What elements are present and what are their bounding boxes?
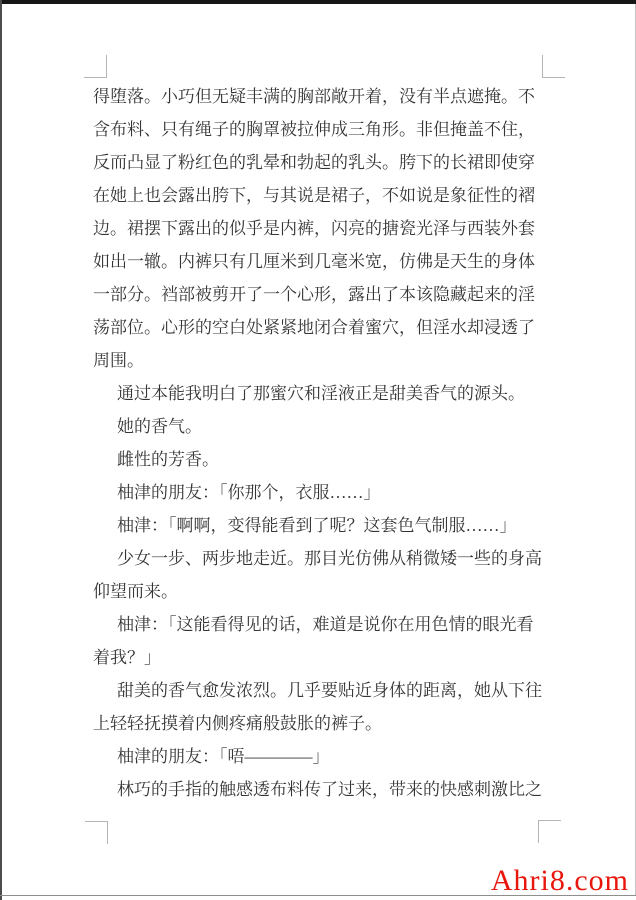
body-text: 得堕落。小巧但无疑丰满的胸部敞开着，没有半点遮掩。不含布料、只有绳子的胸罩被拉伸… [93,80,541,806]
text-line: 仰望而来。 [93,575,541,608]
text-line: 甜美的香气愈发浓烈。几乎要贴近身体的距离，她从下往 [93,674,541,707]
watermark: Ahri8.com [491,866,629,896]
text-line: 上轻轻抚摸着内侧疼痛般鼓胀的裤子。 [93,707,541,740]
text-line: 荡部位。心形的空白处紧紧地闭合着蜜穴，但淫水却浸透了 [93,311,541,344]
crop-mark-bottom-right-icon [538,820,561,843]
text-line: 她的香气。 [93,410,541,443]
text-line: 如出一辙。内裤只有几厘米到几毫米宽，仿佛是天生的身体 [93,245,541,278]
document-page: 得堕落。小巧但无疑丰满的胸部敞开着，没有半点遮掩。不含布料、只有绳子的胸罩被拉伸… [0,0,636,900]
crop-mark-top-left-icon [84,55,107,78]
text-line: 一部分。裆部被剪开了一个心形，露出了本该隐藏起来的淫 [93,278,541,311]
page-edge-left [0,0,2,900]
text-line: 周围。 [93,344,541,377]
crop-mark-top-right-icon [542,55,565,78]
text-line: 着我？」 [93,641,541,674]
text-line: 柚津的朋友：「你那个，衣服……」 [93,476,541,509]
text-line: 边。裙摆下露出的似乎是内裤，闪亮的搪瓷光泽与西装外套 [93,212,541,245]
text-line: 在她上也会露出胯下，与其说是裙子，不如说是象征性的褶 [93,179,541,212]
text-line: 得堕落。小巧但无疑丰满的胸部敞开着，没有半点遮掩。不 [93,80,541,113]
page-edge-top [0,0,636,4]
text-line: 含布料、只有绳子的胸罩被拉伸成三角形。非但掩盖不住， [93,113,541,146]
text-line: 雌性的芳香。 [93,443,541,476]
text-line: 柚津：「这能看得见的话，难道是说你在用色情的眼光看 [93,608,541,641]
text-line: 少女一步、两步地走近。那目光仿佛从稍微矮一些的身高 [93,542,541,575]
crop-mark-bottom-left-icon [85,821,108,844]
text-line: 柚津：「啊啊，变得能看到了呢？这套色气制服……」 [93,509,541,542]
text-line: 通过本能我明白了那蜜穴和淫液正是甜美香气的源头。 [93,377,541,410]
text-line: 林巧的手指的触感透布料传了过来，带来的快感刺激比之 [93,773,541,806]
text-line: 柚津的朋友：「唔————」 [93,740,541,773]
text-line: 反而凸显了粉红色的乳晕和勃起的乳头。胯下的长裙即使穿 [93,146,541,179]
